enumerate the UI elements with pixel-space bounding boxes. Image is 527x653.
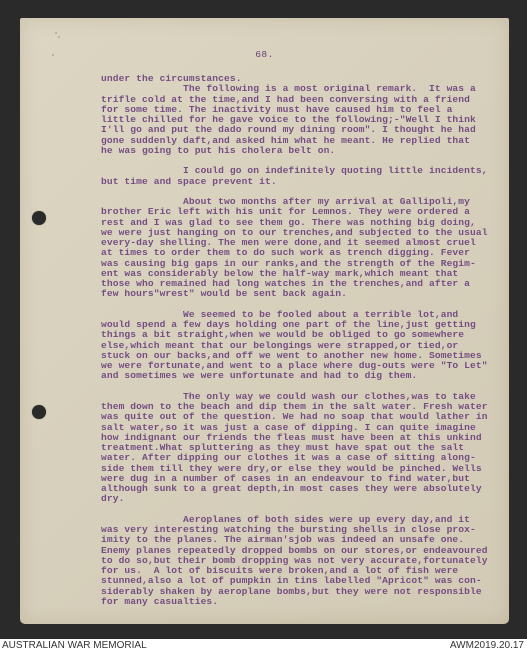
text-line: few hours"wrest" would be sent back agai… — [101, 289, 501, 299]
text-line: for many casualties. — [101, 597, 501, 607]
paper-stain — [58, 36, 60, 38]
text-line: stunned,also a lot of pumpkin in tins la… — [101, 576, 501, 586]
text-line: was quite out of the question. We had no… — [101, 412, 501, 422]
text-line: dry. — [101, 494, 501, 504]
accession-number: AWM2019.20.17 — [450, 640, 524, 651]
text-line: I'll go and put the dado round my dining… — [101, 125, 501, 135]
text-line: although sunk to a great depth,in most c… — [101, 484, 501, 494]
text-line: brother Eric left with his unit for Lemn… — [101, 207, 501, 217]
document-body: under the circumstances. The following i… — [101, 74, 501, 607]
image-viewer: 68. under the circumstances. The followi… — [0, 0, 527, 639]
text-line: I could go on indefinitely quoting littl… — [101, 166, 501, 176]
punch-hole-top — [32, 211, 46, 225]
text-line: and sometimes we were unfortunate and ha… — [101, 371, 501, 381]
text-line: imity to the planes. The airman'sjob was… — [101, 535, 501, 545]
punch-hole-bottom — [32, 405, 46, 419]
text-line: at times to order them to do such work a… — [101, 248, 501, 258]
typewritten-page: 68. under the circumstances. The followi… — [20, 18, 509, 624]
paper-stain — [55, 32, 57, 34]
text-line: but time and space prevent it. — [101, 177, 501, 187]
text-line: he was going to put his cholera belt on. — [101, 146, 501, 156]
page-number: 68. — [20, 49, 509, 60]
footer-bar: AUSTRALIAN WAR MEMORIAL AWM2019.20.17 — [0, 639, 527, 653]
text-line: The following is a most original remark.… — [101, 84, 501, 94]
text-line: things a bit straight,when we would be o… — [101, 330, 501, 340]
text-line: water. After dipping our clothes it was … — [101, 453, 501, 463]
institution-label: AUSTRALIAN WAR MEMORIAL — [2, 640, 147, 651]
